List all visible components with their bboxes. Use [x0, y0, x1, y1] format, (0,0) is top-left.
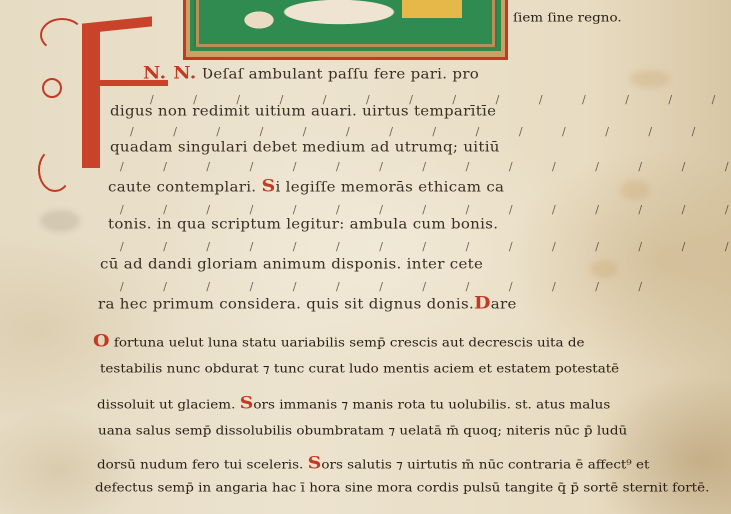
parchment-stain: [630, 70, 670, 88]
manuscript-line-13: defectus semp̄ in angaria hac ī hora sin…: [95, 481, 709, 495]
initial-flourish: [38, 148, 72, 192]
line-text: caute contemplari.: [108, 179, 256, 195]
manuscript-line-9: testabilis nunc obdurat ⁊ tunc curat lud…: [100, 362, 619, 376]
rubric: S: [261, 176, 275, 196]
rubric: N. N.: [143, 63, 197, 83]
illuminated-miniature: [183, 0, 508, 60]
neume-row: / / / / / / / / / / / / /: [120, 280, 660, 293]
line-text: ors salutis ⁊ uirtutis m̄ nūc contraria …: [321, 458, 649, 472]
parchment-stain: [620, 180, 650, 200]
manuscript-line-12: dorsū nudum fero tui sceleris. Sors salu…: [97, 453, 649, 473]
neume-row: / / / / / / / / / / / / / / / /: [130, 125, 731, 138]
line-text: Ʋeſaſ ambulant paſſu fere pari. pro: [202, 66, 479, 82]
parchment-stain: [590, 260, 618, 278]
manuscript-line-11: uana salus semp̄ dissolubilis obumbratam…: [98, 424, 627, 438]
rubric-O: O: [93, 331, 110, 351]
line-text: fortuna uelut luna statu uariabilis semp…: [114, 336, 585, 350]
manuscript-line-1: N. N. Ʋeſaſ ambulant paſſu fere pari. pr…: [143, 63, 479, 83]
line-text: dissoluit ut glaciem.: [97, 398, 235, 412]
manuscript-line-6: cū ad dandi gloriam animum disponis. int…: [100, 256, 483, 272]
rubric: S: [240, 393, 254, 413]
rubric: D: [474, 293, 491, 313]
parchment-stain: [40, 210, 80, 232]
manuscript-line-3: quadam singulari debet medium ad utrumq;…: [110, 139, 500, 155]
manuscript-line-10: dissoluit ut glaciem. Sors immanis ⁊ man…: [97, 393, 610, 413]
initial-stem: [82, 28, 100, 168]
manuscript-line-5: tonis. in qua scriptum legitur: ambula c…: [108, 216, 498, 232]
line-text: ra hec primum considera. quis sit dignus…: [98, 296, 474, 312]
line-text: dorsū nudum fero tui sceleris.: [97, 458, 303, 472]
top-right-text: ſiem ſine regno.: [513, 11, 622, 25]
rubric: S: [308, 453, 322, 473]
line-text: are: [491, 296, 517, 312]
miniature-gold-panel: [402, 0, 462, 18]
manuscript-line-2: digus non redimit uitium auari. uirtus t…: [110, 103, 496, 119]
neume-row: / / / / / / / / / / / / / / / / /: [120, 240, 731, 253]
manuscript-line-4: caute contemplari. Si legiſſe memorās et…: [108, 176, 504, 196]
manuscript-line-8: O fortuna uelut luna statu uariabilis se…: [93, 331, 584, 351]
line-text: ors immanis ⁊ manis rota tu uolubilis. s…: [253, 398, 610, 412]
neume-row: / / / / / / / / / / / / / / / / /: [120, 160, 731, 173]
manuscript-line-7: ra hec primum considera. quis sit dignus…: [98, 293, 517, 313]
line-text: i legiſſe memorās ethicam ca: [276, 179, 505, 195]
miniature-gold-frame: [196, 0, 495, 47]
initial-flourish: [42, 78, 62, 98]
neume-row: / / / / / / / / / / / / / / / / /: [120, 203, 731, 216]
